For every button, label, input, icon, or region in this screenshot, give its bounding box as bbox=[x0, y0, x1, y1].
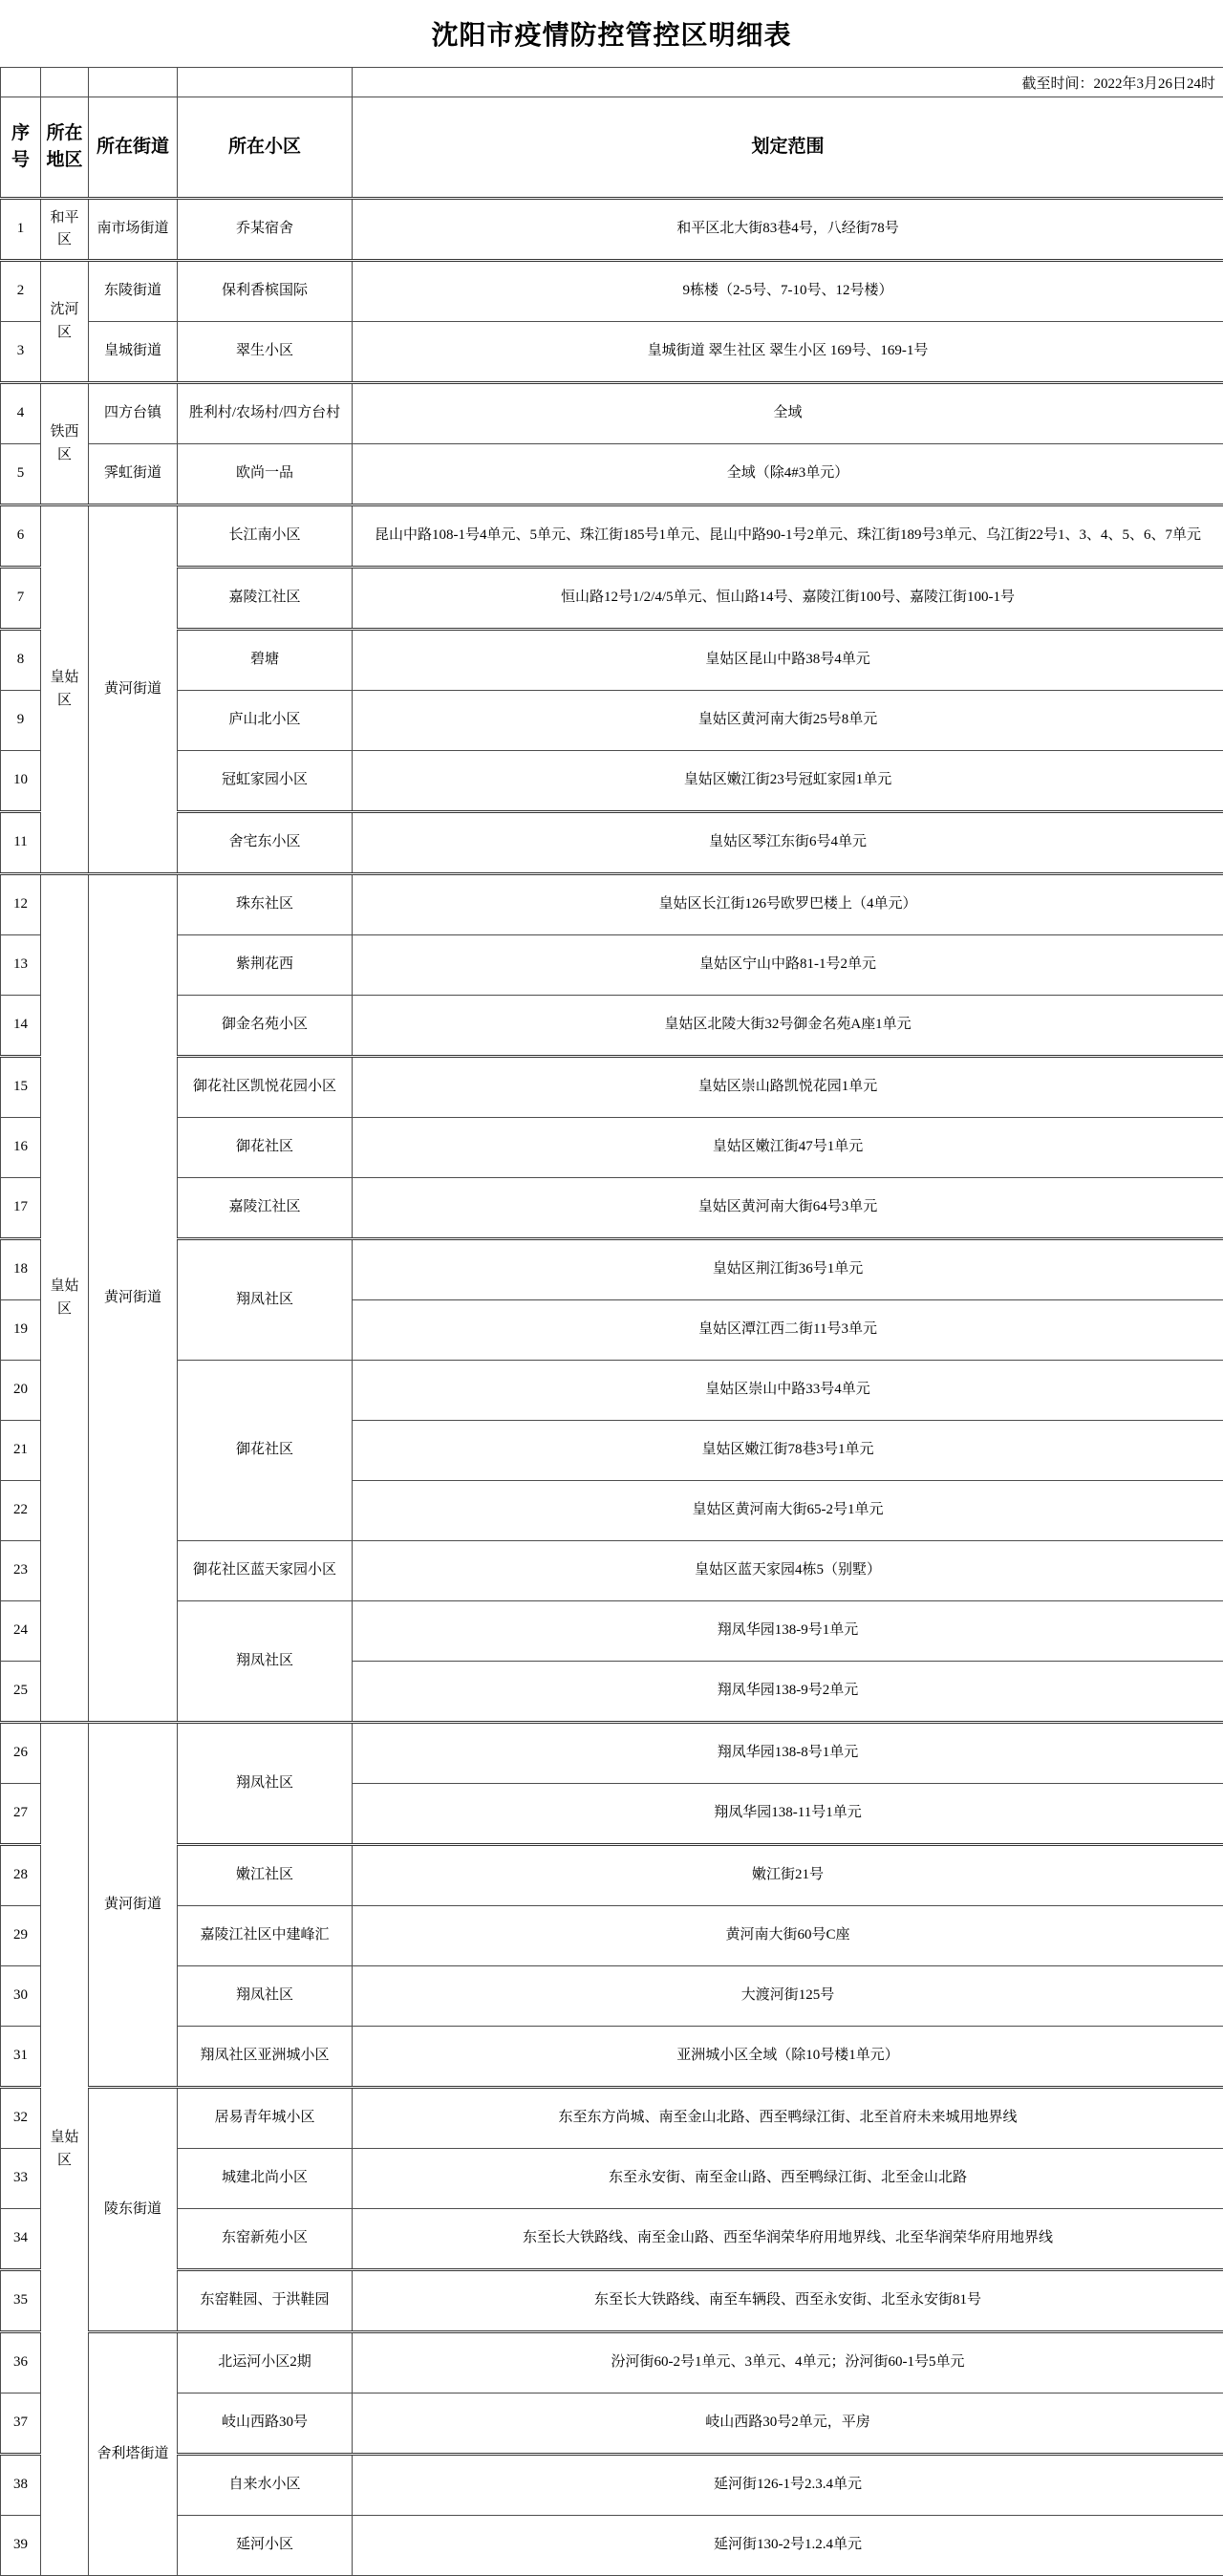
table-row: 37岐山西路30号岐山西路30号2单元，平房 bbox=[1, 2394, 1223, 2455]
district-cell: 和平区 bbox=[41, 199, 89, 261]
table-row: 8碧塘皇姑区昆山中路38号4单元 bbox=[1, 630, 1223, 691]
range-cell: 皇姑区宁山中路81-1号2单元 bbox=[353, 935, 1223, 996]
row-number-cell: 36 bbox=[1, 2332, 41, 2394]
community-cell: 嘉陵江社区中建峰汇 bbox=[178, 1906, 353, 1966]
row-number-cell: 39 bbox=[1, 2516, 41, 2576]
range-cell: 皇姑区嫩江街47号1单元 bbox=[353, 1118, 1223, 1178]
street-cell: 东陵街道 bbox=[89, 261, 178, 322]
meta-empty-cell bbox=[1, 68, 41, 97]
meta-empty-cell bbox=[178, 68, 353, 97]
district-cell: 沈河区 bbox=[41, 261, 89, 383]
table-row: 12皇姑区黄河街道珠东社区皇姑区长江街126号欧罗巴楼上（4单元） bbox=[1, 874, 1223, 935]
row-number-cell: 1 bbox=[1, 199, 41, 261]
community-cell: 珠东社区 bbox=[178, 874, 353, 935]
range-cell: 皇姑区琴江东街6号4单元 bbox=[353, 812, 1223, 874]
row-number-cell: 13 bbox=[1, 935, 41, 996]
street-cell: 黄河街道 bbox=[89, 1723, 178, 2088]
range-cell: 皇姑区昆山中路38号4单元 bbox=[353, 630, 1223, 691]
row-number-cell: 37 bbox=[1, 2394, 41, 2455]
range-cell: 皇城街道 翠生社区 翠生小区 169号、169-1号 bbox=[353, 322, 1223, 383]
row-number-cell: 22 bbox=[1, 1481, 41, 1541]
community-cell: 翔凤社区 bbox=[178, 1966, 353, 2027]
table-row: 30翔凤社区大渡河街125号 bbox=[1, 1966, 1223, 2027]
as-of-timestamp: 截至时间：2022年3月26日24时 bbox=[353, 68, 1223, 97]
range-cell: 嫩江街21号 bbox=[353, 1845, 1223, 1906]
row-number-cell: 17 bbox=[1, 1178, 41, 1239]
range-cell: 皇姑区崇山路凯悦花园1单元 bbox=[353, 1057, 1223, 1118]
table-row: 16御花社区皇姑区嫩江街47号1单元 bbox=[1, 1118, 1223, 1178]
community-cell: 翠生小区 bbox=[178, 322, 353, 383]
community-cell: 嫩江社区 bbox=[178, 1845, 353, 1906]
community-cell: 御花社区蓝天家园小区 bbox=[178, 1541, 353, 1601]
table-body: 1和平区南市场街道乔某宿舍和平区北大街83巷4号，八经街78号2沈河区东陵街道保… bbox=[1, 199, 1223, 2576]
range-cell: 皇姑区崇山中路33号4单元 bbox=[353, 1361, 1223, 1421]
range-cell: 皇姑区黄河南大街25号8单元 bbox=[353, 691, 1223, 751]
community-cell: 欧尚一品 bbox=[178, 444, 353, 505]
table-row: 10冠虹家园小区皇姑区嫩江街23号冠虹家园1单元 bbox=[1, 751, 1223, 812]
community-cell: 紫荆花西 bbox=[178, 935, 353, 996]
row-number-cell: 3 bbox=[1, 322, 41, 383]
row-number-cell: 27 bbox=[1, 1784, 41, 1845]
row-number-cell: 23 bbox=[1, 1541, 41, 1601]
district-cell: 铁西区 bbox=[41, 383, 89, 505]
row-number-cell: 32 bbox=[1, 2088, 41, 2149]
row-number-cell: 9 bbox=[1, 691, 41, 751]
community-cell: 东窑鞋园、于洪鞋园 bbox=[178, 2270, 353, 2332]
range-cell: 9栋楼（2-5号、7-10号、12号楼） bbox=[353, 261, 1223, 322]
table-row: 15御花社区凯悦花园小区皇姑区崇山路凯悦花园1单元 bbox=[1, 1057, 1223, 1118]
range-cell: 大渡河街125号 bbox=[353, 1966, 1223, 2027]
range-cell: 全域（除4#3单元） bbox=[353, 444, 1223, 505]
community-cell: 翔凤社区亚洲城小区 bbox=[178, 2027, 353, 2088]
community-cell: 延河小区 bbox=[178, 2516, 353, 2576]
range-cell: 恒山路12号1/2/4/5单元、恒山路14号、嘉陵江街100号、嘉陵江街100-… bbox=[353, 568, 1223, 630]
community-cell: 保利香槟国际 bbox=[178, 261, 353, 322]
range-cell: 东至东方尚城、南至金山北路、西至鸭绿江街、北至首府未来城用地界线 bbox=[353, 2088, 1223, 2149]
range-cell: 全域 bbox=[353, 383, 1223, 444]
range-cell: 皇姑区嫩江街23号冠虹家园1单元 bbox=[353, 751, 1223, 812]
range-cell: 翔凤华园138-11号1单元 bbox=[353, 1784, 1223, 1845]
row-number-cell: 38 bbox=[1, 2455, 41, 2516]
community-cell: 胜利村/农场村/四方台村 bbox=[178, 383, 353, 444]
table-row: 3皇城街道翠生小区皇城街道 翠生社区 翠生小区 169号、169-1号 bbox=[1, 322, 1223, 383]
row-number-cell: 35 bbox=[1, 2270, 41, 2332]
row-number-cell: 24 bbox=[1, 1601, 41, 1662]
table-row: 5霁虹街道欧尚一品全域（除4#3单元） bbox=[1, 444, 1223, 505]
table-row: 23御花社区蓝天家园小区皇姑区蓝天家园4栋5（别墅） bbox=[1, 1541, 1223, 1601]
table-row: 9庐山北小区皇姑区黄河南大街25号8单元 bbox=[1, 691, 1223, 751]
range-cell: 皇姑区北陵大街32号御金名苑A座1单元 bbox=[353, 996, 1223, 1057]
street-cell: 黄河街道 bbox=[89, 505, 178, 874]
range-cell: 皇姑区黄河南大街64号3单元 bbox=[353, 1178, 1223, 1239]
range-cell: 亚洲城小区全域（除10号楼1单元） bbox=[353, 2027, 1223, 2088]
community-cell: 居易青年城小区 bbox=[178, 2088, 353, 2149]
community-cell: 嘉陵江社区 bbox=[178, 568, 353, 630]
range-cell: 延河街126-1号2.3.4单元 bbox=[353, 2455, 1223, 2516]
range-cell: 翔凤华园138-9号1单元 bbox=[353, 1601, 1223, 1662]
street-cell: 南市场街道 bbox=[89, 199, 178, 261]
range-cell: 黄河南大街60号C座 bbox=[353, 1906, 1223, 1966]
row-number-cell: 20 bbox=[1, 1361, 41, 1421]
range-cell: 东至长大铁路线、南至车辆段、西至永安街、北至永安街81号 bbox=[353, 2270, 1223, 2332]
community-cell: 城建北尚小区 bbox=[178, 2149, 353, 2209]
row-number-cell: 14 bbox=[1, 996, 41, 1057]
row-number-cell: 19 bbox=[1, 1300, 41, 1361]
table-row: 17嘉陵江社区皇姑区黄河南大街64号3单元 bbox=[1, 1178, 1223, 1239]
table-row: 24翔凤社区翔凤华园138-9号1单元 bbox=[1, 1601, 1223, 1662]
table-row: 20御花社区皇姑区崇山中路33号4单元 bbox=[1, 1361, 1223, 1421]
street-cell: 霁虹街道 bbox=[89, 444, 178, 505]
table-row: 4铁西区四方台镇胜利村/农场村/四方台村全域 bbox=[1, 383, 1223, 444]
community-cell: 御花社区 bbox=[178, 1361, 353, 1541]
street-cell: 陵东街道 bbox=[89, 2088, 178, 2332]
table-row: 29嘉陵江社区中建峰汇黄河南大街60号C座 bbox=[1, 1906, 1223, 1966]
table-row: 13紫荆花西皇姑区宁山中路81-1号2单元 bbox=[1, 935, 1223, 996]
community-cell: 舍宅东小区 bbox=[178, 812, 353, 874]
row-number-cell: 7 bbox=[1, 568, 41, 630]
row-number-cell: 2 bbox=[1, 261, 41, 322]
table-row: 26皇姑区黄河街道翔凤社区翔凤华园138-8号1单元 bbox=[1, 1723, 1223, 1784]
row-number-cell: 18 bbox=[1, 1239, 41, 1300]
table-row: 28嫩江社区嫩江街21号 bbox=[1, 1845, 1223, 1906]
row-number-cell: 33 bbox=[1, 2149, 41, 2209]
table-row: 34东窑新苑小区东至长大铁路线、南至金山路、西至华润荣华府用地界线、北至华润荣华… bbox=[1, 2209, 1223, 2270]
row-number-cell: 10 bbox=[1, 751, 41, 812]
district-cell: 皇姑区 bbox=[41, 874, 89, 1723]
community-cell: 庐山北小区 bbox=[178, 691, 353, 751]
page-title: 沈阳市疫情防控管控区明细表 bbox=[0, 0, 1223, 67]
table-row: 11舍宅东小区皇姑区琴江东街6号4单元 bbox=[1, 812, 1223, 874]
range-cell: 汾河街60-2号1单元、3单元、4单元；汾河街60-1号5单元 bbox=[353, 2332, 1223, 2394]
community-cell: 自来水小区 bbox=[178, 2455, 353, 2516]
table-row: 33城建北尚小区东至永安街、南至金山路、西至鸭绿江街、北至金山北路 bbox=[1, 2149, 1223, 2209]
row-number-cell: 25 bbox=[1, 1662, 41, 1723]
row-number-cell: 29 bbox=[1, 1906, 41, 1966]
table-row: 38自来水小区延河街126-1号2.3.4单元 bbox=[1, 2455, 1223, 2516]
range-cell: 东至长大铁路线、南至金山路、西至华润荣华府用地界线、北至华润荣华府用地界线 bbox=[353, 2209, 1223, 2270]
row-number-cell: 11 bbox=[1, 812, 41, 874]
street-cell: 舍利塔街道 bbox=[89, 2332, 178, 2576]
row-number-cell: 26 bbox=[1, 1723, 41, 1784]
row-number-cell: 12 bbox=[1, 874, 41, 935]
table-row: 31翔凤社区亚洲城小区亚洲城小区全域（除10号楼1单元） bbox=[1, 2027, 1223, 2088]
row-number-cell: 4 bbox=[1, 383, 41, 444]
range-cell: 昆山中路108-1号4单元、5单元、珠江街185号1单元、昆山中路90-1号2单… bbox=[353, 505, 1223, 568]
row-number-cell: 8 bbox=[1, 630, 41, 691]
row-number-cell: 15 bbox=[1, 1057, 41, 1118]
community-cell: 乔某宿舍 bbox=[178, 199, 353, 261]
header-cell-range: 划定范围 bbox=[353, 97, 1223, 199]
community-cell: 翔凤社区 bbox=[178, 1723, 353, 1845]
meta-empty-cell bbox=[89, 68, 178, 97]
range-cell: 皇姑区荆江街36号1单元 bbox=[353, 1239, 1223, 1300]
page: 沈阳市疫情防控管控区明细表 截至时间：2022年3月26日24时 序号 所在地区… bbox=[0, 0, 1223, 2576]
table-row: 7嘉陵江社区恒山路12号1/2/4/5单元、恒山路14号、嘉陵江街100号、嘉陵… bbox=[1, 568, 1223, 630]
header-cell-community: 所在小区 bbox=[178, 97, 353, 199]
row-number-cell: 21 bbox=[1, 1421, 41, 1481]
street-cell: 皇城街道 bbox=[89, 322, 178, 383]
table-head: 截至时间：2022年3月26日24时 序号 所在地区 所在街道 所在小区 划定范… bbox=[1, 68, 1223, 199]
table-row: 14御金名苑小区皇姑区北陵大街32号御金名苑A座1单元 bbox=[1, 996, 1223, 1057]
header-cell-no: 序号 bbox=[1, 97, 41, 199]
range-cell: 皇姑区蓝天家园4栋5（别墅） bbox=[353, 1541, 1223, 1601]
row-number-cell: 16 bbox=[1, 1118, 41, 1178]
community-cell: 御金名苑小区 bbox=[178, 996, 353, 1057]
community-cell: 冠虹家园小区 bbox=[178, 751, 353, 812]
range-cell: 岐山西路30号2单元，平房 bbox=[353, 2394, 1223, 2455]
range-cell: 延河街130-2号1.2.4单元 bbox=[353, 2516, 1223, 2576]
street-cell: 四方台镇 bbox=[89, 383, 178, 444]
community-cell: 碧塘 bbox=[178, 630, 353, 691]
community-cell: 翔凤社区 bbox=[178, 1239, 353, 1361]
table-row: 2沈河区东陵街道保利香槟国际9栋楼（2-5号、7-10号、12号楼） bbox=[1, 261, 1223, 322]
row-number-cell: 30 bbox=[1, 1966, 41, 2027]
community-cell: 嘉陵江社区 bbox=[178, 1178, 353, 1239]
district-cell: 皇姑区 bbox=[41, 505, 89, 874]
community-cell: 长江南小区 bbox=[178, 505, 353, 568]
row-number-cell: 34 bbox=[1, 2209, 41, 2270]
control-zones-table: 截至时间：2022年3月26日24时 序号 所在地区 所在街道 所在小区 划定范… bbox=[0, 67, 1223, 2576]
community-cell: 翔凤社区 bbox=[178, 1601, 353, 1723]
header-cell-district: 所在地区 bbox=[41, 97, 89, 199]
community-cell: 御花社区凯悦花园小区 bbox=[178, 1057, 353, 1118]
range-cell: 东至永安街、南至金山路、西至鸭绿江街、北至金山北路 bbox=[353, 2149, 1223, 2209]
range-cell: 翔凤华园138-8号1单元 bbox=[353, 1723, 1223, 1784]
range-cell: 皇姑区长江街126号欧罗巴楼上（4单元） bbox=[353, 874, 1223, 935]
community-cell: 东窑新苑小区 bbox=[178, 2209, 353, 2270]
community-cell: 御花社区 bbox=[178, 1118, 353, 1178]
table-row: 39延河小区延河街130-2号1.2.4单元 bbox=[1, 2516, 1223, 2576]
range-cell: 皇姑区潭江西二街11号3单元 bbox=[353, 1300, 1223, 1361]
row-number-cell: 31 bbox=[1, 2027, 41, 2088]
district-cell: 皇姑区 bbox=[41, 1723, 89, 2576]
street-cell: 黄河街道 bbox=[89, 874, 178, 1723]
range-cell: 皇姑区黄河南大街65-2号1单元 bbox=[353, 1481, 1223, 1541]
range-cell: 翔凤华园138-9号2单元 bbox=[353, 1662, 1223, 1723]
table-row: 36舍利塔街道北运河小区2期汾河街60-2号1单元、3单元、4单元；汾河街60-… bbox=[1, 2332, 1223, 2394]
table-row: 32陵东街道居易青年城小区东至东方尚城、南至金山北路、西至鸭绿江街、北至首府未来… bbox=[1, 2088, 1223, 2149]
table-row: 18翔凤社区皇姑区荆江街36号1单元 bbox=[1, 1239, 1223, 1300]
row-number-cell: 5 bbox=[1, 444, 41, 505]
table-row: 1和平区南市场街道乔某宿舍和平区北大街83巷4号，八经街78号 bbox=[1, 199, 1223, 261]
header-cell-street: 所在街道 bbox=[89, 97, 178, 199]
range-cell: 和平区北大街83巷4号，八经街78号 bbox=[353, 199, 1223, 261]
table-row: 35东窑鞋园、于洪鞋园东至长大铁路线、南至车辆段、西至永安街、北至永安街81号 bbox=[1, 2270, 1223, 2332]
community-cell: 岐山西路30号 bbox=[178, 2394, 353, 2455]
table-row: 6皇姑区黄河街道长江南小区昆山中路108-1号4单元、5单元、珠江街185号1单… bbox=[1, 505, 1223, 568]
row-number-cell: 28 bbox=[1, 1845, 41, 1906]
row-number-cell: 6 bbox=[1, 505, 41, 568]
as-of-row: 截至时间：2022年3月26日24时 bbox=[1, 68, 1223, 97]
community-cell: 北运河小区2期 bbox=[178, 2332, 353, 2394]
meta-empty-cell bbox=[41, 68, 89, 97]
header-row: 序号 所在地区 所在街道 所在小区 划定范围 bbox=[1, 97, 1223, 199]
range-cell: 皇姑区嫩江街78巷3号1单元 bbox=[353, 1421, 1223, 1481]
